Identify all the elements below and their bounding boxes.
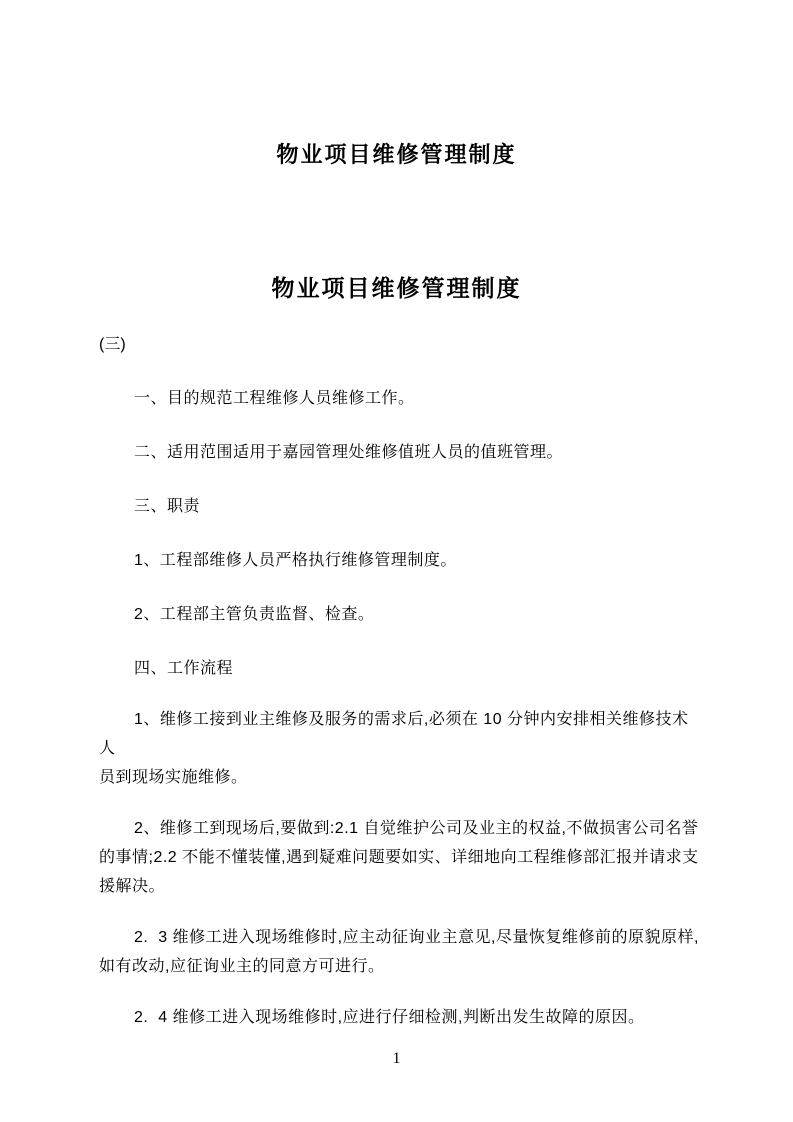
workflow-paragraph-3: 2. 3 维修工进入现场维修时,应主动征询业主意见,尽量恢复维修前的原貌原样, … <box>99 923 705 981</box>
heading-responsibility: 三、职责 <box>99 492 705 521</box>
responsibility-item-1: 1、工程部维修人员严格执行维修管理制度。 <box>99 546 705 575</box>
paragraph-line: 2、维修工到现场后,要做到:2.1 自觉维护公司及业主的权益,不做损害公司名誉 <box>99 814 705 843</box>
paragraph-line: 如有改动,应征询业主的同意方可进行。 <box>99 952 705 981</box>
heading-scope: 二、适用范围适用于嘉园管理处维修值班人员的值班管理。 <box>99 438 705 467</box>
paragraph-line: 2. 3 维修工进入现场维修时,应主动征询业主意见,尽量恢复维修前的原貌原样, <box>99 923 705 952</box>
document-body: (三) 一、目的规范工程维修人员维修工作。 二、适用范围适用于嘉园管理处维修值班… <box>0 330 793 1032</box>
workflow-paragraph-2: 2、维修工到现场后,要做到:2.1 自觉维护公司及业主的权益,不做损害公司名誉 … <box>99 814 705 901</box>
paragraph-line: 援解决。 <box>99 872 705 901</box>
section-label: (三) <box>99 330 705 359</box>
workflow-paragraph-4: 2. 4 维修工进入现场维修时,应进行仔细检测,判断出发生故障的原因。 <box>99 1003 705 1032</box>
paragraph-line: 的事情;2.2 不能不懂装懂,遇到疑难问题要如实、详细地向工程维修部汇报并请求支 <box>99 843 705 872</box>
heading-workflow: 四、工作流程 <box>99 654 705 683</box>
page-number: 1 <box>0 1048 793 1070</box>
document-header-title: 物业项目维修管理制度 <box>0 139 793 170</box>
paragraph-line: 1、维修工接到业主维修及服务的需求后,必须在 10 分钟内安排相关维修技术人 <box>99 705 705 763</box>
paragraph-line: 员到现场实施维修。 <box>99 763 705 792</box>
document-page: 物业项目维修管理制度 物业项目维修管理制度 (三) 一、目的规范工程维修人员维修… <box>0 0 793 1122</box>
document-body-title: 物业项目维修管理制度 <box>0 273 793 304</box>
paragraph-line: 2. 4 维修工进入现场维修时,应进行仔细检测,判断出发生故障的原因。 <box>99 1003 705 1032</box>
workflow-paragraph-1: 1、维修工接到业主维修及服务的需求后,必须在 10 分钟内安排相关维修技术人 员… <box>99 705 705 792</box>
responsibility-item-2: 2、工程部主管负责监督、检查。 <box>99 600 705 629</box>
heading-purpose: 一、目的规范工程维修人员维修工作。 <box>99 384 705 413</box>
